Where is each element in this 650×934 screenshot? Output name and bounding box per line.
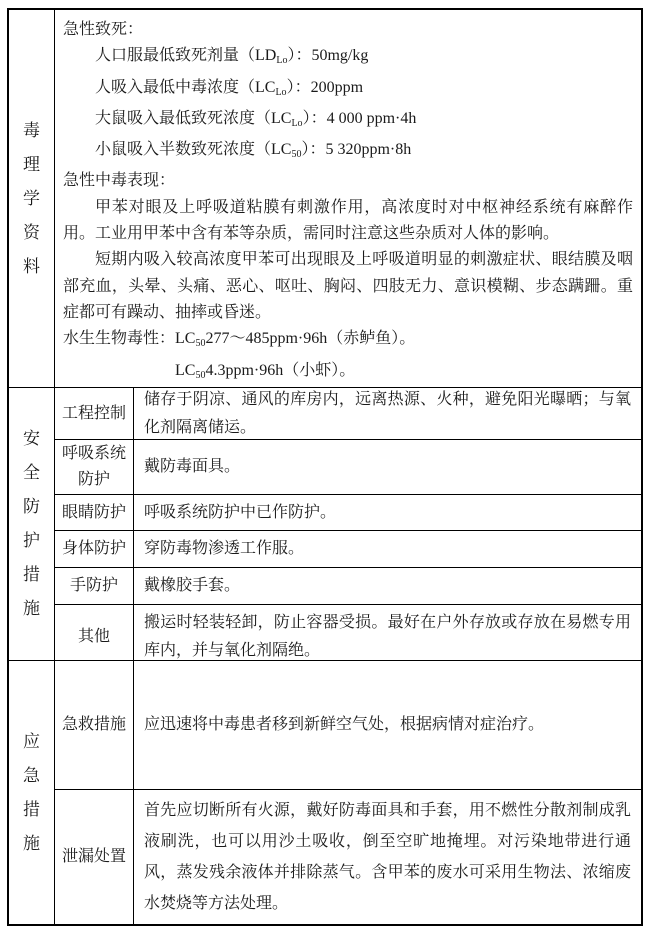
label-char: 应 [23,725,40,759]
tox-line-aquatic-toxicity-2: LC504.3ppm·96h（小虾）。 [63,358,633,387]
tox-line-lclo-human-inhale: 人吸入最低中毒浓度（LCLo）：200ppm [63,75,633,106]
tox-subscript: Lo [276,55,287,66]
label-char: 毒 [23,114,40,148]
row-text: 应迅速将中毒患者移到新鲜空气处，根据病情对症治疗。 [144,711,631,739]
row-respiratory-protection: 呼吸系统防护 戴防毒面具。 [55,439,641,494]
tox-text: ）：4 000 ppm·4h [303,110,417,127]
tox-text: 水生生物毒性：LC [63,330,195,347]
row-first-aid: 急救措施 应迅速将中毒患者移到新鲜空气处，根据病情对症治疗。 [55,661,641,789]
label-char: 施 [23,592,40,626]
row-label: 急救措施 [55,661,134,789]
safety-rows: 工程控制 储存于阴凉、通风的库房内，远离热源、火种，避免阳光曝晒；与氧化剂隔离储… [55,388,641,660]
row-text: 首先应切断所有火源，戴好防毒面具和手套，用不燃性分散剂制成乳液刷洗，也可以用沙土… [144,795,631,919]
row-leak-disposal: 泄漏处置 首先应切断所有火源，戴好防毒面具和手套，用不燃性分散剂制成乳液刷洗，也… [55,789,641,924]
section-emergency-measures: 应 急 措 施 急救措施 应迅速将中毒患者移到新鲜空气处，根据病情对症治疗。 泄… [9,660,641,924]
section-safety-measures: 安 全 防 护 措 施 工程控制 储存于阴凉、通风的库房内，远离热源、火种，避免… [9,387,641,660]
label-char: 安 [23,422,40,456]
tox-acute-lethal-heading: 急性致死： [63,17,633,43]
label-char: 理 [23,148,40,182]
tox-text: LC [175,362,195,379]
tox-text: 4.3ppm·96h（小虾）。 [205,362,355,379]
tox-text: 人吸入最低中毒浓度（LC [95,79,275,96]
tox-text: ）：200ppm [287,79,363,96]
label-char: 料 [23,250,40,284]
row-label: 泄漏处置 [55,790,134,924]
tox-text: 人口服最低致死剂量（LD [95,47,276,64]
tox-line-lc50-mouse-inhale: 小鼠吸入半数致死浓度（LC50）：5 320ppm·8h [63,137,633,168]
row-label: 眼睛防护 [55,495,134,530]
row-engineering-control: 工程控制 储存于阴凉、通风的库房内，远离热源、火种，避免阳光曝晒；与氧化剂隔离储… [55,388,641,439]
row-content: 首先应切断所有火源，戴好防毒面具和手套，用不燃性分散剂制成乳液刷洗，也可以用沙土… [134,790,641,924]
tox-line-lclo-rat-inhale: 大鼠吸入最低致死浓度（LCLo）：4 000 ppm·4h [63,106,633,137]
row-text: 戴橡胶手套。 [144,572,631,600]
section-toxicology: 毒 理 学 资 料 急性致死： 人口服最低致死剂量（LDLo）：50mg/kg … [9,10,641,387]
label-char: 急 [23,759,40,793]
tox-subscript: Lo [275,87,286,98]
row-body-protection: 身体防护 穿防毒物渗透工作服。 [55,530,641,567]
msds-table: 毒 理 学 资 料 急性致死： 人口服最低致死剂量（LDLo）：50mg/kg … [7,8,643,926]
row-label: 呼吸系统防护 [55,440,134,494]
tox-text: ）：50mg/kg [287,47,368,64]
tox-para-narcotic-effect: 甲苯对眼及上呼吸道粘膜有刺激作用，高浓度时对中枢神经系统有麻醉作用。工业用甲苯中… [63,195,633,248]
emergency-rows: 急救措施 应迅速将中毒患者移到新鲜空气处，根据病情对症治疗。 泄漏处置 首先应切… [55,661,641,924]
label-char: 施 [23,827,40,861]
label-char: 资 [23,216,40,250]
row-label: 手防护 [55,568,134,604]
row-text: 穿防毒物渗透工作服。 [144,535,631,563]
row-text: 搬运时轻装轻卸，防止容器受损。最好在户外存放或存放在易燃专用库内，并与氧化剂隔绝… [144,609,631,665]
label-char: 措 [23,558,40,592]
tox-acute-symptoms-heading: 急性中毒表现： [63,168,633,194]
row-content: 呼吸系统防护中已作防护。 [134,495,641,530]
row-label: 工程控制 [55,388,134,439]
row-content: 储存于阴凉、通风的库房内，远离热源、火种，避免阳光曝晒；与氧化剂隔离储运。 [134,388,641,439]
row-text: 戴防毒面具。 [144,453,631,481]
tox-text: 277～485ppm·96h（赤鲈鱼）。 [205,330,415,347]
label-char: 防 [23,490,40,524]
toxicology-section-label: 毒 理 学 资 料 [9,10,55,387]
tox-line-aquatic-toxicity-1: 水生生物毒性：LC50277～485ppm·96h（赤鲈鱼）。 [63,326,633,357]
tox-subscript: 50 [195,338,205,349]
tox-subscript: 50 [195,370,205,381]
row-content: 戴橡胶手套。 [134,568,641,604]
label-char: 学 [23,182,40,216]
row-text: 储存于阴凉、通风的库房内，远离热源、火种，避免阳光曝晒；与氧化剂隔离储运。 [144,386,631,442]
safety-section-label: 安 全 防 护 措 施 [9,388,55,660]
tox-text: 小鼠吸入半数致死浓度（LC [95,141,291,158]
tox-subscript: Lo [291,118,302,129]
tox-text: 大鼠吸入最低致死浓度（LC [95,110,291,127]
label-char: 措 [23,793,40,827]
row-hand-protection: 手防护 戴橡胶手套。 [55,567,641,604]
row-text: 呼吸系统防护中已作防护。 [144,499,631,527]
tox-subscript: 50 [291,149,301,160]
label-char: 护 [23,524,40,558]
row-content: 戴防毒面具。 [134,440,641,494]
tox-para-acute-exposure: 短期内吸入较高浓度甲苯可出现眼及上呼吸道明显的刺激症状、眼结膜及咽部充血，头晕、… [63,247,633,326]
row-content: 应迅速将中毒患者移到新鲜空气处，根据病情对症治疗。 [134,661,641,789]
row-eye-protection: 眼睛防护 呼吸系统防护中已作防护。 [55,494,641,530]
tox-text: ）：5 320ppm·8h [301,141,411,158]
row-content: 穿防毒物渗透工作服。 [134,531,641,567]
row-label: 身体防护 [55,531,134,567]
label-char: 全 [23,456,40,490]
tox-line-ldlo-human-oral: 人口服最低致死剂量（LDLo）：50mg/kg [63,43,633,74]
emergency-section-label: 应 急 措 施 [9,661,55,924]
toxicology-content: 急性致死： 人口服最低致死剂量（LDLo）：50mg/kg 人吸入最低中毒浓度（… [55,10,641,387]
